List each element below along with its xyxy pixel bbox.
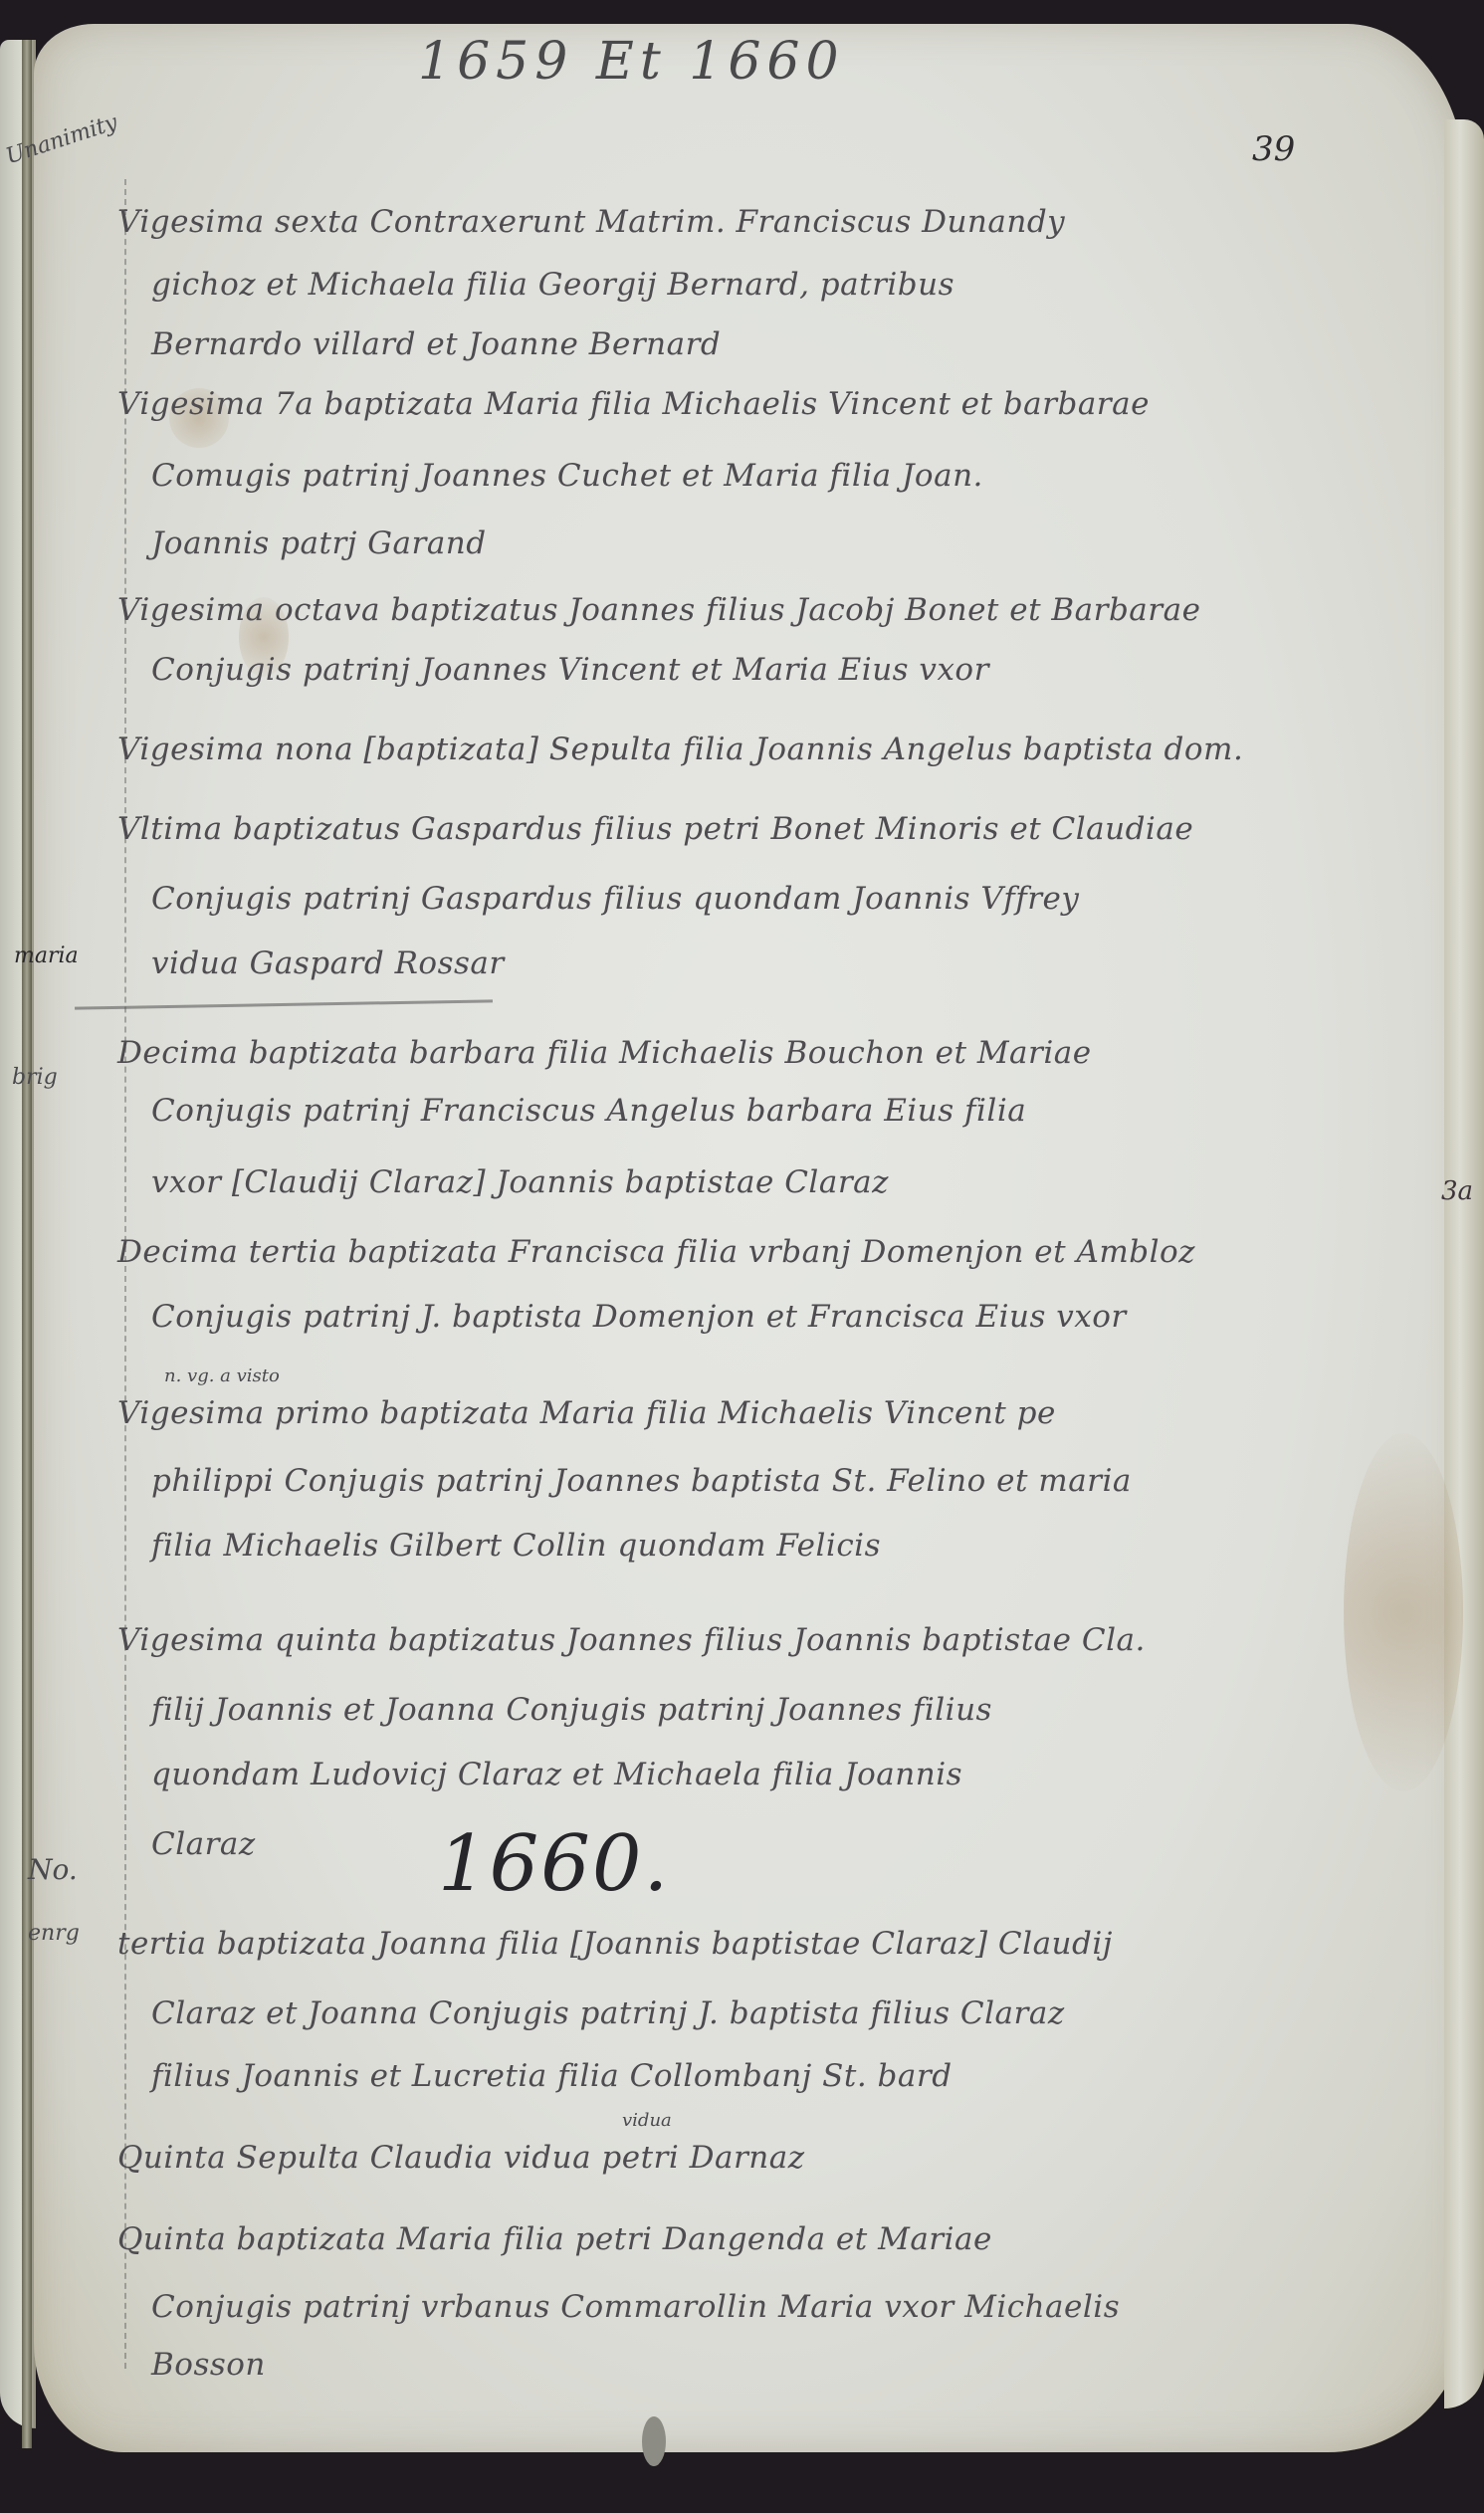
entry-line: Conjugis patrinj Joannes Vincent et Mari…: [151, 652, 1445, 688]
interlinear-note: n. vg. a visto: [164, 1365, 280, 1386]
entry-line: Vigesima sexta Contraxerunt Matrim. Fran…: [117, 204, 1411, 240]
entry-line: Conjugis patrinj J. baptista Domenjon et…: [151, 1299, 1445, 1335]
margin-note: enrg: [28, 1921, 80, 1946]
entry-line: Quinta Sepulta Claudia vidua petri Darna…: [117, 2140, 1411, 2176]
entry-line: Quinta baptizata Maria filia petri Dange…: [117, 2221, 1411, 2257]
right-page-edge: [1444, 119, 1484, 2408]
entry-line: Conjugis patrinj Franciscus Angelus barb…: [151, 1093, 1445, 1129]
entry-line: Vigesima quinta baptizatus Joannes filiu…: [117, 1622, 1411, 1658]
entry-line: gichoz et Michaela filia Georgij Bernard…: [151, 267, 1445, 303]
margin-note: brig: [12, 1065, 58, 1090]
entry-line: Vigesima nona [baptizata] Sepulta filia …: [117, 732, 1411, 767]
margin-note: No.: [28, 1853, 78, 1886]
interlinear-note: vidua: [622, 2110, 672, 2131]
entry-line: Vltima baptizatus Gaspardus filius petri…: [117, 811, 1411, 847]
entry-line: Vigesima 7a baptizata Maria filia Michae…: [117, 386, 1411, 422]
entry-line: Decima tertia baptizata Francisca filia …: [117, 1234, 1411, 1270]
entry-line: filij Joannis et Joanna Conjugis patrinj…: [151, 1692, 1445, 1728]
right-margin-note: 3a: [1441, 1176, 1473, 1206]
entry-line: Joannis patrj Garand: [151, 525, 1445, 561]
entry-line: Vigesima octava baptizatus Joannes filiu…: [117, 592, 1411, 628]
entry-line: Decima baptizata barbara filia Michaelis…: [117, 1035, 1411, 1071]
entry-line: filius Joannis et Lucretia filia Collomb…: [151, 2058, 1445, 2094]
entry-line: Comugis patrinj Joannes Cuchet et Maria …: [151, 458, 1445, 494]
entry-line: Conjugis patrinj Gaspardus filius quonda…: [151, 881, 1445, 917]
entry-line: vidua Gaspard Rossar: [151, 945, 1445, 981]
ink-blot: [642, 2416, 666, 2466]
entry-line: Claraz et Joanna Conjugis patrinj J. bap…: [151, 1995, 1445, 2031]
entry-line: Bosson: [151, 2347, 1445, 2383]
margin-note: maria: [14, 943, 79, 968]
entry-line: filia Michaelis Gilbert Collin quondam F…: [151, 1528, 1445, 1564]
entry-line: philippi Conjugis patrinj Joannes baptis…: [151, 1463, 1445, 1499]
entry-line: Vigesima primo baptizata Maria filia Mic…: [117, 1395, 1411, 1431]
page-header-years: 1659 Et 1660: [418, 32, 845, 92]
entry-line: vxor [Claudij Claraz] Joannis baptistae …: [151, 1164, 1445, 1200]
entry-line: tertia baptizata Joanna filia [Joannis b…: [117, 1926, 1411, 1962]
folio-number: 39: [1252, 129, 1295, 169]
binding-spine: [22, 40, 32, 2448]
entry-line: Bernardo villard et Joanne Bernard: [151, 326, 1445, 362]
margin-rule: [124, 179, 126, 2369]
year-heading: 1660.: [438, 1819, 670, 1909]
entry-line: quondam Ludovicj Claraz et Michaela fili…: [151, 1757, 1445, 1792]
entry-line: Conjugis patrinj vrbanus Commarollin Mar…: [151, 2289, 1445, 2325]
entry-line: Claraz: [151, 1826, 1445, 1862]
